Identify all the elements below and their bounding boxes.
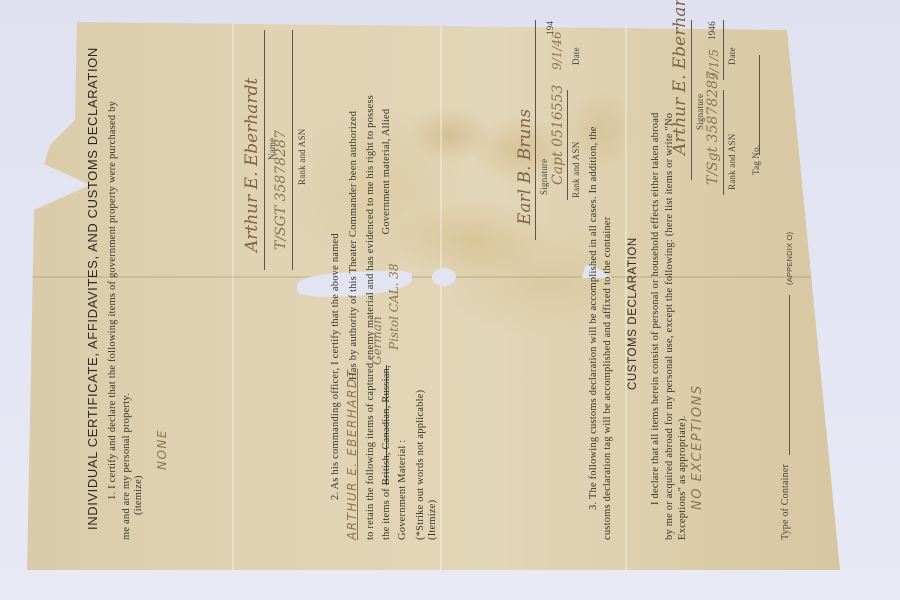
- rank-asn-line: [723, 90, 724, 195]
- rank-asn-label: Rank and ASN: [297, 129, 307, 185]
- signature-customs: Arthur E. Eberhardt: [670, 0, 690, 155]
- customs-heading: CUSTOMS DECLARATION: [627, 237, 639, 390]
- signature-officer: Earl B. Bruns: [515, 109, 535, 225]
- signature-line: [264, 30, 265, 270]
- strike-out-note: (*Strike out words not applicable): [415, 390, 426, 540]
- customs-line1: I declare that all items herein consist …: [650, 112, 661, 505]
- container-type-label: Type of Container: [780, 464, 791, 540]
- handwritten-customs-date: 9/1/5: [707, 49, 721, 80]
- handwritten-german: German: [370, 316, 384, 365]
- section2-line2: Has by authority of this Theater Command…: [348, 111, 359, 380]
- customs-signature-label: Signature: [695, 94, 705, 130]
- handwritten-no-exceptions: NO EXCEPTIONS: [690, 384, 705, 510]
- struck-nationalities: British, Canadian, Russian,: [381, 365, 392, 485]
- items-of-text: the items of: [381, 488, 392, 540]
- document-title: INDIVIDUAL CERTIFICATE, AFFIDAVITES, AND…: [85, 47, 100, 530]
- section3-line1: 3. The following customs declaration wil…: [588, 126, 599, 510]
- signature-arthur: Arthur E. Eberhardt: [242, 78, 262, 252]
- signature-line: [535, 20, 536, 240]
- customs-line2: by me or acquired abroad for my personal…: [664, 113, 675, 540]
- handwritten-pistol: Pistol CAL. 38: [387, 264, 401, 350]
- handwritten-none: NONE: [155, 429, 169, 470]
- date-line: [723, 20, 724, 80]
- handwritten-officer-rank: Capt 0516553: [550, 85, 566, 185]
- section1-line2: me and are my personal property.: [121, 393, 132, 540]
- container-type-line: [789, 295, 790, 455]
- rank-asn-line: [567, 90, 568, 200]
- section2-line5: Government Material :: [397, 440, 408, 540]
- signature-line: [691, 20, 692, 180]
- section1-itemize: (itemize): [133, 475, 144, 515]
- date-label: Date: [571, 47, 581, 65]
- tag-number-line: [759, 55, 760, 155]
- handwritten-customs-rank: T/Sgt 35878287: [705, 71, 721, 185]
- rank-asn-line: [292, 30, 293, 270]
- section1-line1: 1. I certify and declare that the follow…: [107, 101, 118, 500]
- customs-date-prefix: 1946: [707, 21, 717, 40]
- appendix-label: (APPENDIX O): [785, 232, 794, 285]
- document-text-layer: INDIVIDUAL CERTIFICATE, AFFIDAVITES, AND…: [45, 20, 825, 570]
- customs-date-label: Date: [727, 47, 737, 65]
- rank-asn-label: Rank and ASN: [571, 142, 581, 198]
- handwritten-rank-asn: T/SGT 35878287: [273, 130, 289, 250]
- section3-line2: customs declaration tag will be accompli…: [602, 217, 613, 540]
- customs-rank-label: Rank and ASN: [727, 134, 737, 190]
- customs-line3: Exceptions" as appropriate).: [677, 416, 688, 540]
- government-material-text: Government material, Allied: [381, 109, 392, 235]
- section2-line1: 2. As his commanding officer, I certify …: [330, 233, 341, 500]
- handwritten-officer-name: ARTHUR E. EBERHARDT: [345, 369, 359, 540]
- date-prefix: 194: [545, 21, 555, 35]
- section2-itemize: (Itemize): [427, 500, 438, 540]
- handwritten-officer-date: 9/1/46: [550, 31, 564, 70]
- signature-label: Signature: [539, 159, 549, 195]
